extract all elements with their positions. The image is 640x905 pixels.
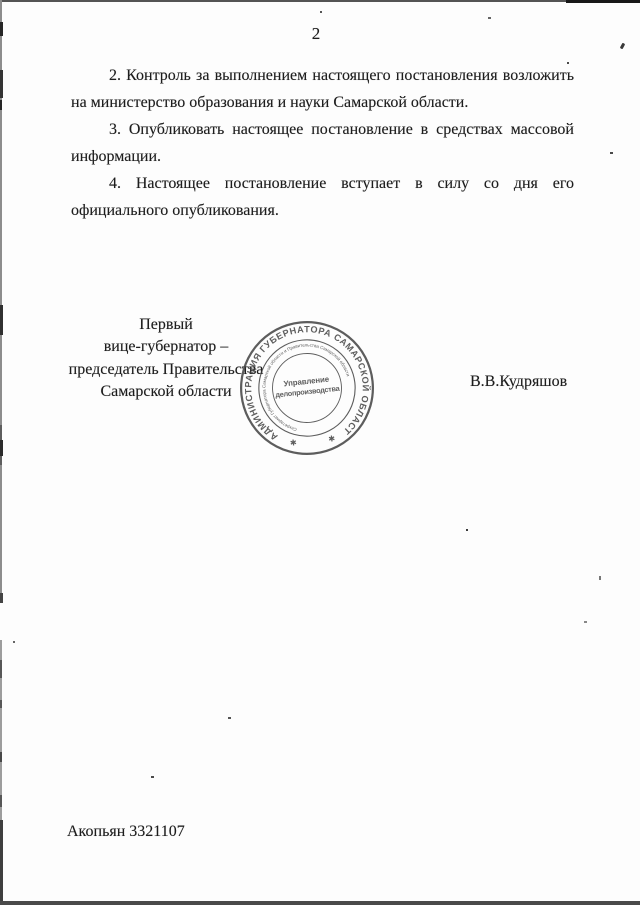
signer-name: В.В.Кудряшов xyxy=(470,373,567,391)
scan-speck xyxy=(488,17,491,19)
scan-edge-top-right-dark xyxy=(566,0,640,3)
scan-speck xyxy=(620,43,625,50)
scan-edge-left-dash xyxy=(0,795,2,807)
scan-speck xyxy=(584,621,587,623)
scan-edge-left-dash xyxy=(0,70,3,98)
scan-edge-bottom-line xyxy=(0,901,640,905)
star-separator-icon: ✱ xyxy=(328,434,336,444)
scan-edge-left-dash xyxy=(0,22,3,36)
scan-edge-left-dash xyxy=(0,100,2,110)
scan-speck xyxy=(599,576,601,580)
document-body: 2. Контроль за выполнением настоящего по… xyxy=(71,62,574,224)
scan-speck xyxy=(567,62,569,64)
scan-speck xyxy=(466,529,468,531)
paragraph-4-line-2: официального опубликования. xyxy=(71,197,574,224)
scan-speck xyxy=(320,11,322,13)
scan-edge-left-dash xyxy=(0,700,2,708)
scan-speck xyxy=(228,717,231,719)
paragraph-3-line-2: информации. xyxy=(71,143,574,170)
scan-speck xyxy=(610,152,613,154)
scan-edge-left-dash xyxy=(0,820,3,905)
scan-edge-left-dash xyxy=(0,305,3,335)
scan-speck xyxy=(151,776,154,778)
paragraph-4-line-1: 4. Настоящее постановление вступает в си… xyxy=(71,170,574,197)
paragraph-2-line-2: на министерство образования и науки Сама… xyxy=(71,89,574,116)
scan-edge-left-dash xyxy=(0,440,3,456)
page-number: 2 xyxy=(0,24,632,44)
scan-edge-top-line xyxy=(0,0,640,2)
scan-speck xyxy=(13,641,15,643)
paragraph-3-line-1: 3. Опубликовать настоящее постановление … xyxy=(71,116,574,143)
round-stamp-seal: АДМИНИСТРАЦИЯ ГУБЕРНАТОРА САМАРСКОЙ ОБЛА… xyxy=(232,313,382,463)
scanned-document-page: { "page": { "number": "2", "footer": "Ак… xyxy=(0,0,640,905)
scan-edge-left-dash xyxy=(0,593,3,603)
executor-footer: Акопьян 3321107 xyxy=(67,823,185,841)
star-separator-icon: ✱ xyxy=(290,438,298,448)
scan-edge-left-dash xyxy=(0,752,2,762)
scan-edge-left-dash xyxy=(0,660,2,678)
paragraph-2-line-1: 2. Контроль за выполнением настоящего по… xyxy=(71,62,574,89)
